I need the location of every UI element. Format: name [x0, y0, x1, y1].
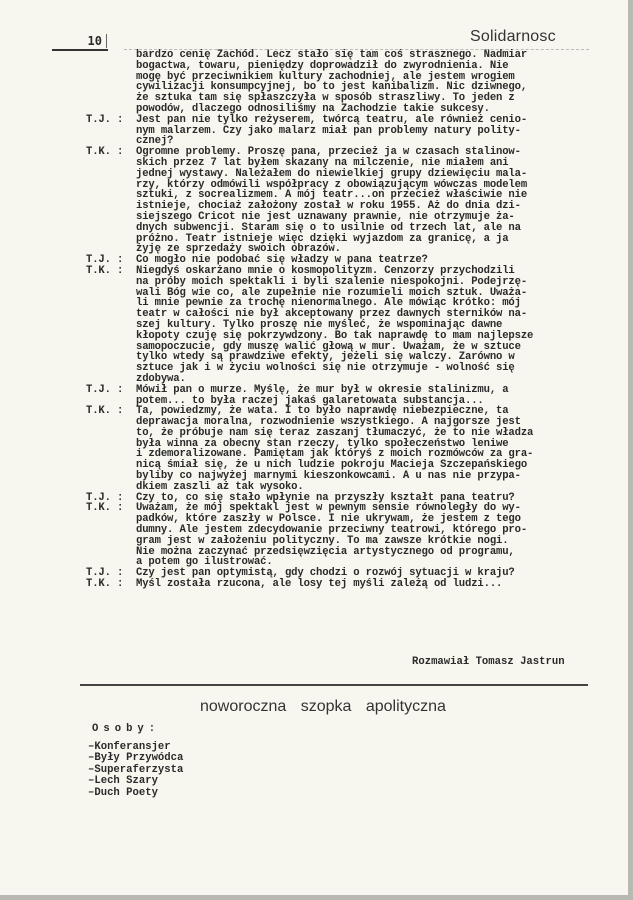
masthead: Solidarnosc: [470, 28, 556, 46]
speaker-label: T.K. :: [86, 406, 136, 492]
text-line: sztuce jak i w życiu wolności się nie ot…: [136, 363, 606, 374]
interview-paragraph: T.J. :Mówił pan o murze. Myślę, że mur b…: [86, 385, 606, 407]
speaker-label: T.K. :: [86, 503, 136, 568]
paragraph-body: Niegdyś oskarżano mnie o kosmopolityzm. …: [136, 266, 606, 385]
interview-text: bardzo cenię Zachód. Lecz stało się tam …: [86, 50, 606, 590]
interview-paragraph: T.K. :Niegdyś oskarżano mnie o kosmopoli…: [86, 266, 606, 385]
text-line: Mówił pan o murze. Myślę, że mur był w o…: [136, 385, 606, 396]
byline: Rozmawiał Tomasz Jastrun: [412, 656, 565, 668]
text-line: kłopoty czuję się pokrzywdzony. Bo tak n…: [136, 331, 606, 342]
cast-label: Osoby:: [92, 723, 160, 735]
text-line: Jest pan nie tylko reżyserem, twórcą tea…: [136, 115, 606, 126]
interview-paragraph: bardzo cenię Zachód. Lecz stało się tam …: [86, 50, 606, 115]
interview-paragraph: T.K. :Uważam, że mój spektakl jest w pew…: [86, 503, 606, 568]
cast-item: Lech Szary: [88, 776, 183, 787]
text-line: bogactwa, towaru, pieniędzy doprowadził …: [136, 61, 606, 72]
interview-paragraph: T.J. :Jest pan nie tylko reżyserem, twór…: [86, 115, 606, 147]
speaker-label: T.K. :: [86, 266, 136, 385]
speaker-label: [86, 50, 136, 115]
paragraph-body: Ogromne problemy. Proszę pana, przecież …: [136, 147, 606, 255]
page-number: 10: [66, 34, 107, 48]
text-line: Myśl została rzucona, ale losy tej myśli…: [136, 579, 606, 590]
interview-paragraph: T.K. :Ta, powiedzmy, że wata. I to było …: [86, 406, 606, 492]
paragraph-body: Mówił pan o murze. Myślę, że mur był w o…: [136, 385, 606, 407]
cast-list: KonferansjerByły PrzywódcaSuperaferzysta…: [88, 742, 183, 799]
cast-item: Duch Poety: [88, 788, 183, 799]
paragraph-body: Ta, powiedzmy, że wata. I to było napraw…: [136, 406, 606, 492]
speaker-label: T.K. :: [86, 147, 136, 255]
section-divider: [80, 684, 588, 686]
interview-paragraph: T.K. :Ogromne problemy. Proszę pana, prz…: [86, 147, 606, 255]
speaker-label: T.J. :: [86, 115, 136, 147]
speaker-label: T.J. :: [86, 385, 136, 407]
text-line: na próby moich spektakli i byli szalenie…: [136, 277, 606, 288]
text-line: dnych subwencji. Staram się o to usilnie…: [136, 223, 606, 234]
paragraph-body: Myśl została rzucona, ale losy tej myśli…: [136, 579, 606, 590]
text-line: jednej wystawy. Należałem do niewielkiej…: [136, 169, 606, 180]
interview-paragraph: T.K. :Myśl została rzucona, ale losy tej…: [86, 579, 606, 590]
speaker-label: T.K. :: [86, 579, 136, 590]
paragraph-body: Uważam, że mój spektakl jest w pewnym se…: [136, 503, 606, 568]
paragraph-body: bardzo cenię Zachód. Lecz stało się tam …: [136, 50, 606, 115]
text-line: nym malarzem. Czy jako malarz miał pan p…: [136, 126, 606, 137]
document-page: 10 Solidarnosc bardzo cenię Zachód. Lecz…: [0, 0, 628, 895]
section-title: noworoczna szopka apolityczna: [200, 698, 446, 716]
paragraph-body: Jest pan nie tylko reżyserem, twórcą tea…: [136, 115, 606, 147]
